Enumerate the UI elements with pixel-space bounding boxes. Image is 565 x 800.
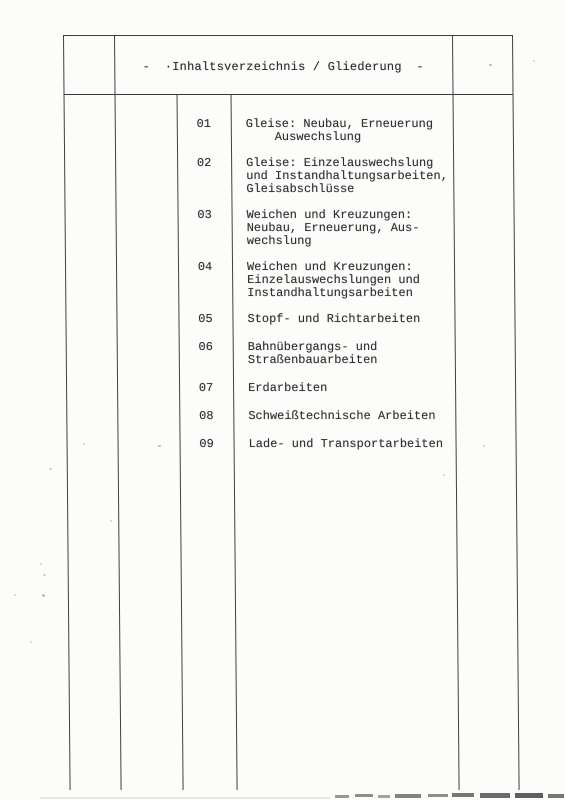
toc-item-number: 05 <box>178 313 232 326</box>
toc-item-number: 03 <box>178 209 232 222</box>
toc-item: 06 Bahnübergangs- und Straßenbauarbeiten <box>179 341 519 367</box>
table-left-border <box>63 35 71 790</box>
scan-speck <box>40 563 42 565</box>
scan-speck <box>83 443 85 445</box>
toc-item-text: Bahnübergangs- und Straßenbauarbeiten <box>233 341 519 367</box>
scan-speck <box>158 445 161 447</box>
toc-item-text: Gleise: Einzelauswechslung und Instandha… <box>231 157 517 196</box>
toc-item-number: 08 <box>179 410 233 423</box>
scan-speck <box>30 641 32 643</box>
scan-edge-artifact <box>515 793 543 798</box>
scan-edge-artifact <box>548 794 564 798</box>
scan-speck <box>42 594 45 597</box>
scan-edge-artifact <box>378 795 390 798</box>
toc-table: - ·Inhaltsverzeichnis / Gliederung - 01 … <box>63 35 519 792</box>
scan-speck <box>443 474 445 476</box>
toc-item-text: Erdarbeiten <box>233 382 519 395</box>
scan-speck <box>489 64 492 66</box>
toc-list: 01 Gleise: Neubau, Erneuerung Auswechslu… <box>177 118 520 466</box>
toc-item-text: Gleise: Neubau, Erneuerung Auswechslung <box>231 118 517 144</box>
scan-speck <box>49 468 52 470</box>
scan-speck <box>110 520 112 522</box>
scan-speck <box>483 445 485 447</box>
scan-edge-artifact <box>480 793 510 798</box>
toc-item-text: Weichen und Kreuzungen: Neubau, Erneueru… <box>232 209 518 248</box>
scan-edge-artifact <box>355 794 373 797</box>
header-separator-line <box>64 94 513 95</box>
scan-speck <box>533 60 535 62</box>
table-top-border <box>63 35 512 36</box>
scan-speck <box>14 594 16 596</box>
toc-item-number: 04 <box>178 261 232 274</box>
scan-edge-artifact <box>395 794 421 798</box>
toc-item-number: 01 <box>177 118 231 131</box>
scan-edge-artifact <box>335 795 349 798</box>
toc-item: 04 Weichen und Kreuzungen: Einzelauswech… <box>178 261 518 300</box>
toc-item-number: 02 <box>177 157 231 170</box>
toc-item-text: Schweißtechnische Arbeiten <box>233 410 519 423</box>
toc-item: 03 Weichen und Kreuzungen: Neubau, Erneu… <box>178 209 518 248</box>
toc-item-text: Stopf- und Richtarbeiten <box>232 313 518 326</box>
toc-item-number: 06 <box>179 341 233 354</box>
page-title: - ·Inhaltsverzeichnis / Gliederung - <box>114 60 452 74</box>
toc-item: 09 Lade- und Transportarbeiten <box>180 438 520 451</box>
toc-item: 07 Erdarbeiten <box>179 382 519 395</box>
document-page: - ·Inhaltsverzeichnis / Gliederung - 01 … <box>0 0 565 800</box>
scan-speck <box>43 574 46 576</box>
scan-edge-artifact <box>452 793 474 797</box>
toc-item-text: Lade- und Transportarbeiten <box>234 438 520 451</box>
toc-item-number: 09 <box>180 438 234 451</box>
scan-edge-artifact <box>428 794 448 797</box>
toc-item-number: 07 <box>179 382 233 395</box>
scan-edge-artifact <box>40 797 330 799</box>
toc-item: 05 Stopf- und Richtarbeiten <box>178 313 518 326</box>
toc-item: 01 Gleise: Neubau, Erneuerung Auswechslu… <box>177 118 517 144</box>
column-line-1 <box>114 35 122 790</box>
toc-item: 08 Schweißtechnische Arbeiten <box>179 410 519 423</box>
toc-item-text: Weichen und Kreuzungen: Einzelauswechslu… <box>232 261 518 300</box>
scan-speck <box>205 213 207 215</box>
toc-item: 02 Gleise: Einzelauswechslung und Instan… <box>177 157 517 196</box>
